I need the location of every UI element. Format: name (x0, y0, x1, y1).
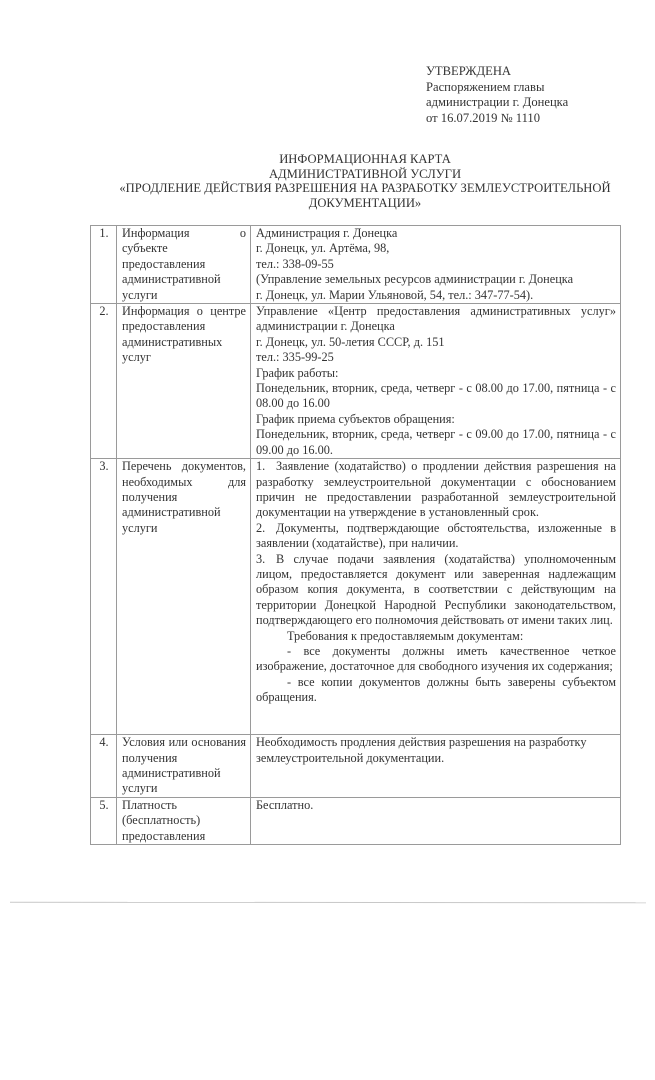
title-line-3: «ПРОДЛЕНИЕ ДЕЙСТВИЯ РАЗРЕШЕНИЯ НА РАЗРАБ… (90, 181, 640, 196)
table-row: 3. Перечень документов, необходимых для … (91, 459, 621, 735)
work-schedule-heading: График работы: (256, 366, 616, 381)
center-phone: тел.: 335-99-25 (256, 350, 616, 365)
approval-line-2: администрации г. Донецка (426, 95, 568, 111)
row-content: 1.Заявление (ходатайство) о продлении де… (251, 459, 621, 735)
approval-status: УТВЕРЖДЕНА (426, 64, 568, 80)
table-row: 4. Условия или основания получения админ… (91, 735, 621, 798)
row-number: 3. (91, 459, 117, 735)
document-list-item: 3.В случае подачи заявления (ходатайства… (256, 552, 616, 629)
row-content: Управление «Центр предоставления админис… (251, 304, 621, 459)
row-number: 5. (91, 797, 117, 844)
row-label: Информация о центре предоставления админ… (117, 304, 251, 459)
document-title: ИНФОРМАЦИОННАЯ КАРТА АДМИНИСТРАТИВНОЙ УС… (90, 152, 640, 210)
center-name: Управление «Центр предоставления админис… (256, 304, 616, 335)
department-name: (Управление земельных ресурсов администр… (256, 272, 616, 287)
row-content: Администрация г. Донецка г. Донецк, ул. … (251, 226, 621, 304)
requirements-heading: Требования к предоставляемым документам: (256, 629, 616, 644)
table-row: 5. Платность (бесплатность) предоставлен… (91, 797, 621, 844)
table-row: 2. Информация о центре предоставления ад… (91, 304, 621, 459)
row-content: Бесплатно. (251, 797, 621, 844)
department-address: г. Донецк, ул. Марии Ульяновой, 54, тел.… (256, 288, 616, 303)
reception-schedule-heading: График приема субъектов обращения: (256, 412, 616, 427)
title-line-4: ДОКУМЕНТАЦИИ» (90, 196, 640, 211)
row-number: 2. (91, 304, 117, 459)
row-number: 1. (91, 226, 117, 304)
info-card-table: 1. Информация о субъекте предоставления … (90, 225, 621, 845)
row-label: Платность (бесплатность) предоставления (117, 797, 251, 844)
row-number: 4. (91, 735, 117, 798)
subject-address: г. Донецк, ул. Артёма, 98, (256, 241, 616, 256)
row-label: Условия или основания получения админист… (117, 735, 251, 798)
requirement-item: - все копии документов должны быть завер… (256, 675, 616, 706)
row-label: Информация о субъекте предоставления адм… (117, 226, 251, 304)
table-row: 1. Информация о субъекте предоставления … (91, 226, 621, 304)
subject-phone: тел.: 338-09-55 (256, 257, 616, 272)
center-address: г. Донецк, ул. 50-летия СССР, д. 151 (256, 335, 616, 350)
work-schedule: Понедельник, вторник, среда, четверг - с… (256, 381, 616, 412)
row-content: Необходимость продления действия разреше… (251, 735, 621, 798)
requirement-item: - все документы должны иметь качественно… (256, 644, 616, 675)
approval-line-1: Распоряжением главы (426, 80, 568, 96)
title-line-1: ИНФОРМАЦИОННАЯ КАРТА (90, 152, 640, 167)
subject-name: Администрация г. Донецка (256, 226, 616, 241)
approval-date-number: от 16.07.2019 № 1110 (426, 111, 568, 127)
reception-schedule: Понедельник, вторник, среда, четверг - с… (256, 427, 616, 458)
document-list-item: 2.Документы, подтверждающие обстоятельст… (256, 521, 616, 552)
document-list-item: 1.Заявление (ходатайство) о продлении де… (256, 459, 616, 521)
title-line-2: АДМИНИСТРАТИВНОЙ УСЛУГИ (90, 167, 640, 182)
page-divider-line (10, 902, 646, 904)
row-label: Перечень документов, необходимых для пол… (117, 459, 251, 735)
approval-stamp: УТВЕРЖДЕНА Распоряжением главы администр… (426, 64, 568, 126)
